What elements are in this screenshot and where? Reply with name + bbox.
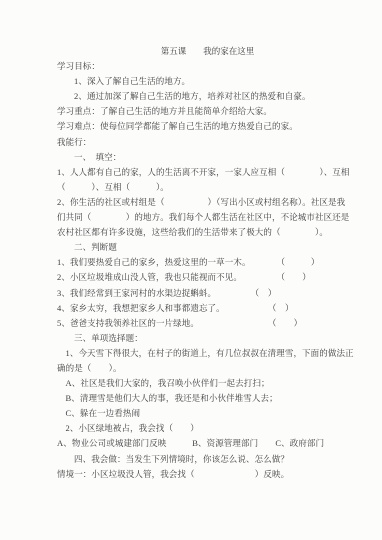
document-title: 第五课 我的家在这里 [57,44,358,59]
document-line: 农村社区都有许多设施，这些给我们的生活带来了极大的（ ）。 [57,225,358,240]
document-line: A、社区是我们大家的，我召唤小伙伴们一起去打扫； [57,376,358,391]
document-line: 学习重点：了解自己生活的地方并且能简单介绍给大家。 [57,104,358,119]
document-line: 1、今天雪下得很大，在村子的街道上，有几位叔叔在清理雪，下面的做法正 [57,346,358,361]
document-line: 一、 填空： [57,150,358,165]
document-line: 我能行： [57,135,358,150]
document-line: 2、通过加深了解自己生活的地方，培养对社区的热爱和自豪。 [57,89,358,104]
document-line: 们共同（ ）的地方。我们每个人都生活在社区中，不论城市社区还是 [57,210,358,225]
document-line: B、清理雪是他们大人的事，我还是和小伙伴堆雪人去； [57,391,358,406]
document-line: 四、我会做：当发生下列情境时，你该怎么说、怎么做？ [57,452,358,467]
document-line: 1、我们要热爱自己的家乡，热爱这里的一草一木。 （ ） [57,255,358,270]
document-line: 2、小区绿地被占，我会找（ ） [57,421,358,436]
document-page: 第五课 我的家在这里 学习目标：1、深入了解自己生活的地方。2、通过加深了解自己… [0,0,382,540]
document-line: 三、单项选择题： [57,331,358,346]
document-line: 二、判断题 [57,240,358,255]
document-line: 4、家乡太穷，我想把家乡人和事都遗忘了。 （ ） [57,301,358,316]
document-line: A、物业公司或城建部门反映 B、资源管理部门 C、政府部门 [57,436,358,451]
document-line: 情境一：小区垃圾没人管，我会找（ ）反映。 [57,467,358,482]
document-line: 5、爸爸支持我领养社区的一片绿地。 （ ） [57,316,358,331]
document-line: 1、人人都有自己的家，人的生活离不开家，一家人应互相（ ）、互相 [57,165,358,180]
document-line: C、躲在一边看热闹 [57,406,358,421]
document-line: 确的是（ ）。 [57,361,358,376]
document-line: 3、我们经常到王家河村的水渠边捉蝌蚪。 （ ） [57,286,358,301]
document-line: 1、深入了解自己生活的地方。 [57,74,358,89]
document-line: 学习难点：使每位同学都能了解自己生活的地方热爱自己的家。 [57,119,358,134]
document-line: 2、你生活的社区或村组是（ ）（写出小区或村组名称）。社区是我 [57,195,358,210]
document-line: 学习目标： [57,59,358,74]
document-line: （ ）、互相（ ）。 [57,180,358,195]
document-line: 2、小区垃圾堆成山没人管，我也只能视而不见。 （ ） [57,270,358,285]
document-body: 学习目标：1、深入了解自己生活的地方。2、通过加深了解自己生活的地方，培养对社区… [57,59,358,482]
